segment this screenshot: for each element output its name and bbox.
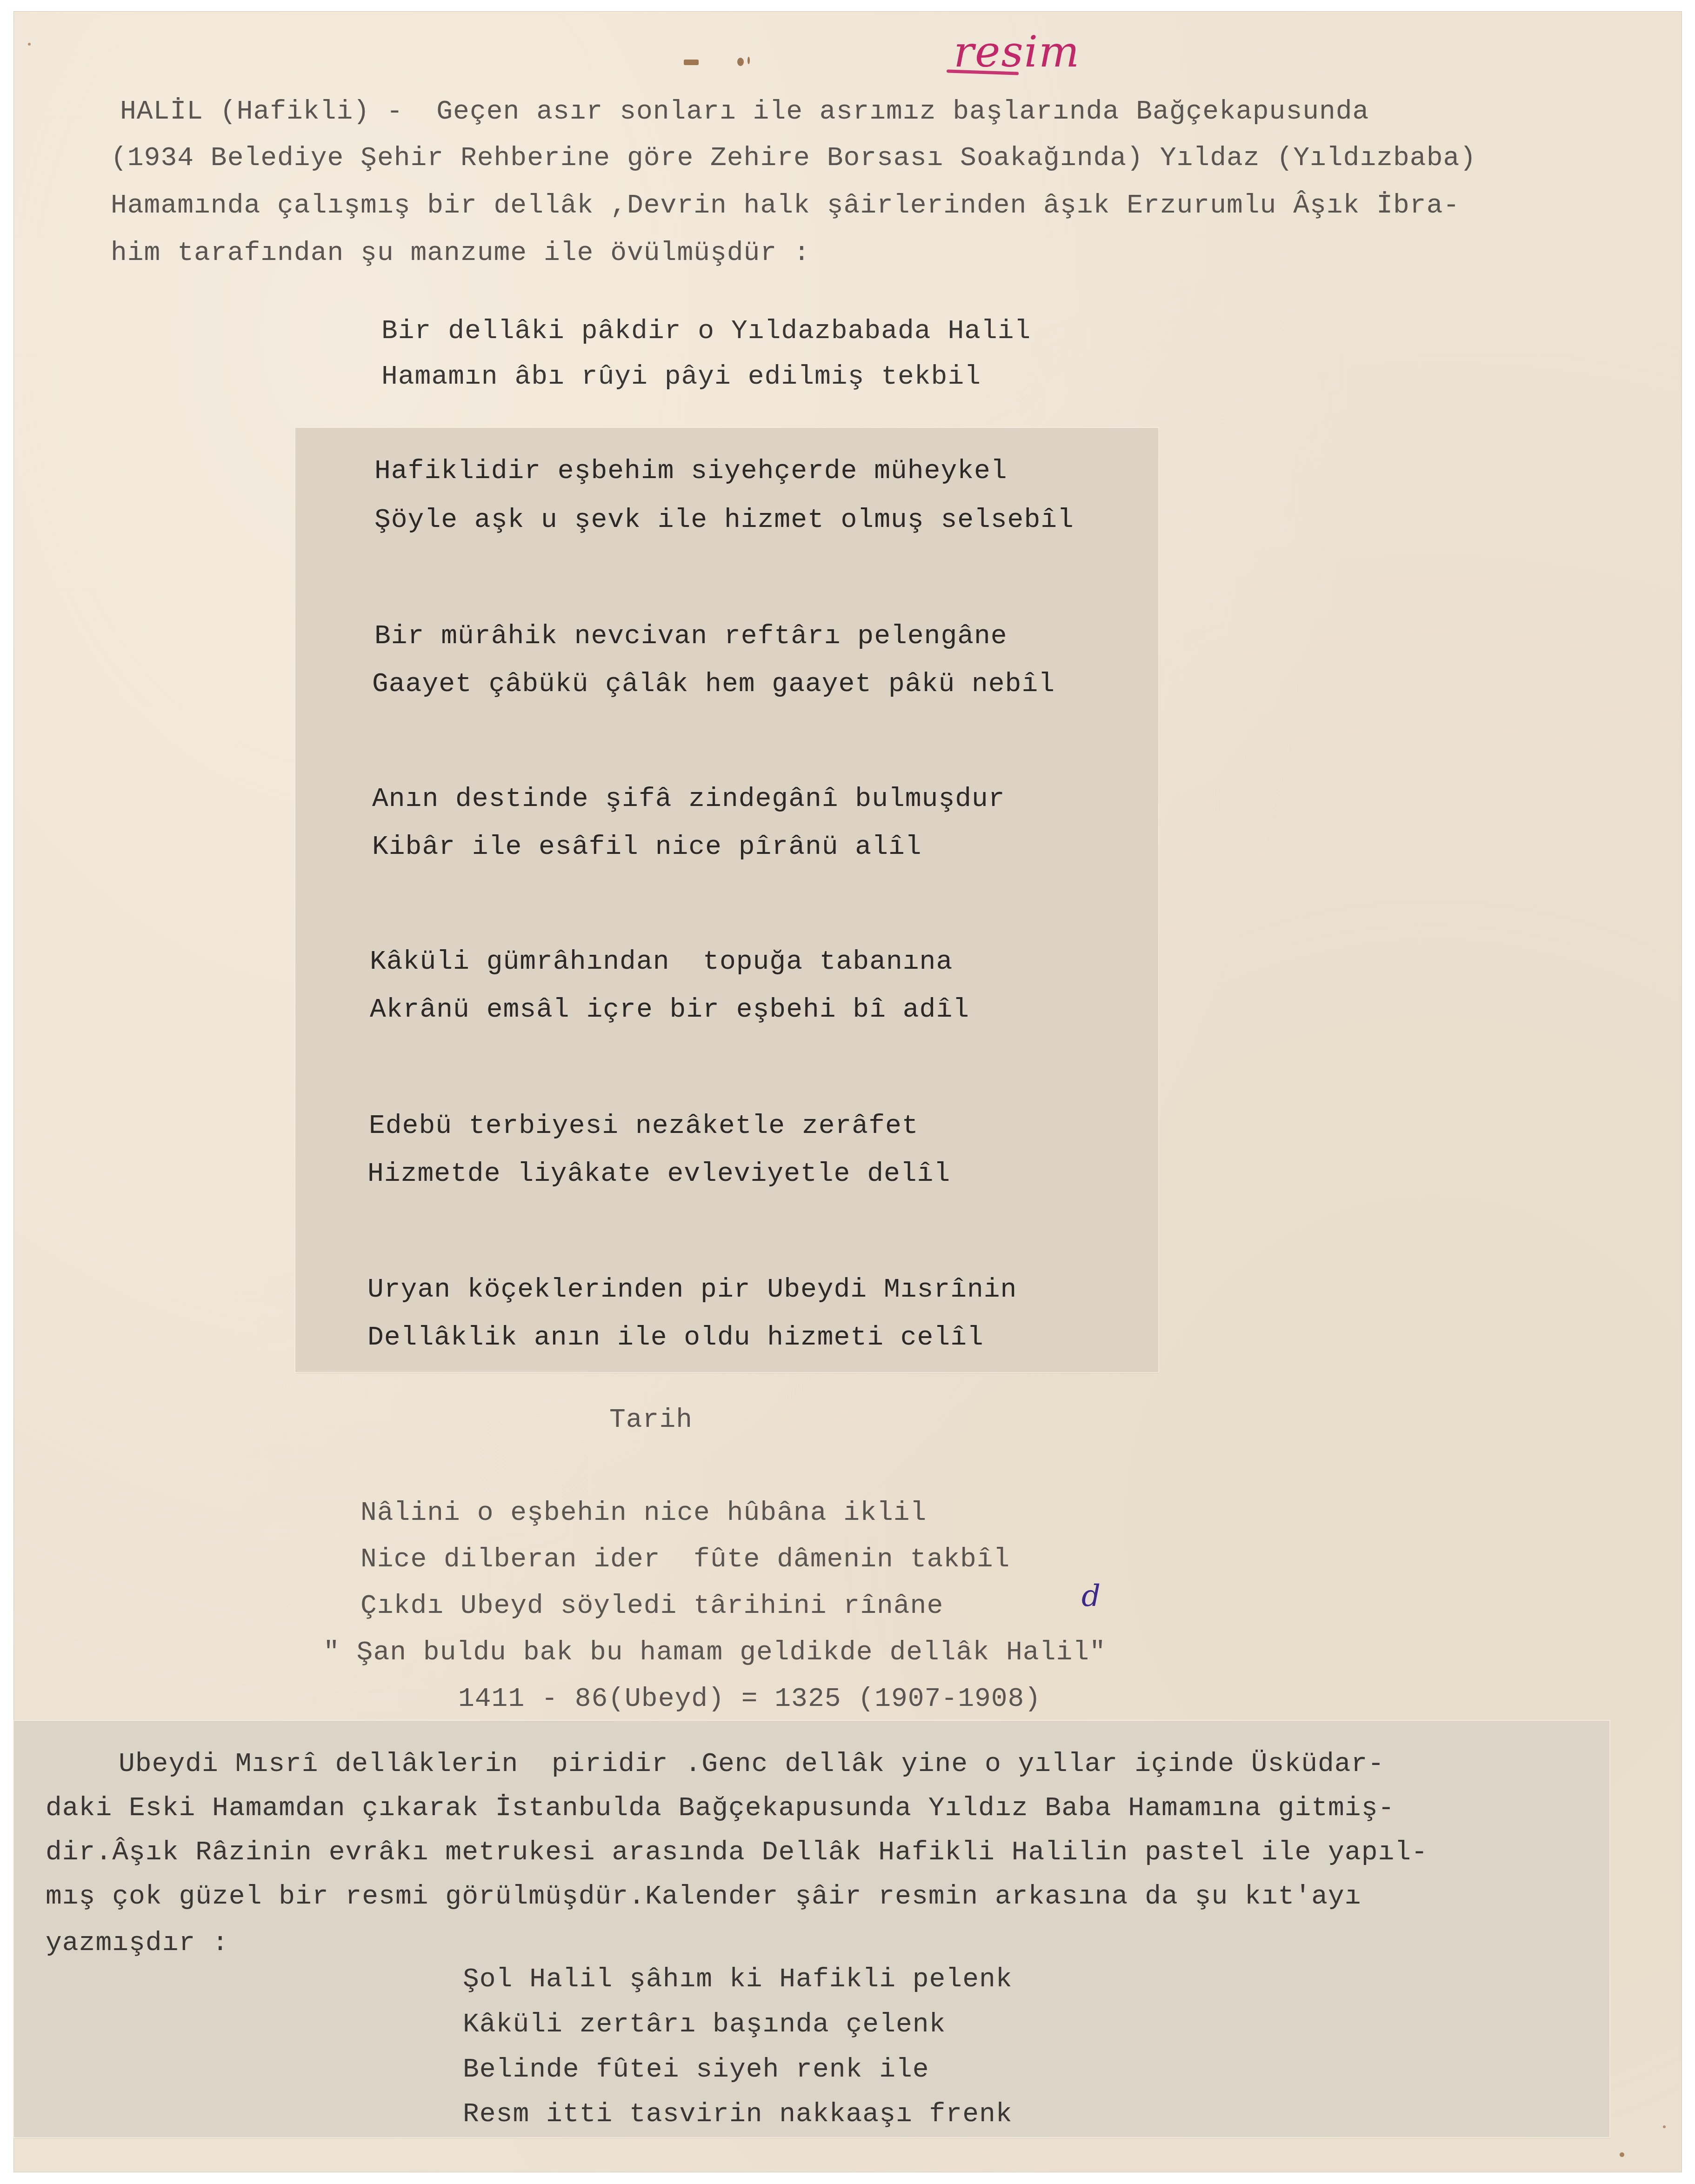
verse-line: Kâküli gümrâhından topuğa tabanına <box>370 949 953 976</box>
verse-line: Bir dellâki pâkdir o Yıldazbabada Halil <box>381 318 1031 345</box>
punch-mark <box>747 57 750 64</box>
punch-mark <box>737 58 744 66</box>
verse-line: Uryan köçeklerinden pir Ubeydi Mısrînin <box>367 1277 1017 1304</box>
quatrain-line: Kâküli zertârı başında çelenk <box>463 2011 946 2038</box>
verse-line: Edebü terbiyesi nezâketle zerâfet <box>369 1113 919 1140</box>
tarih-line: Nice dilberan ider fûte dâmenin takbîl <box>360 1546 1010 1573</box>
verse-line: Gaayet çâbükü çâlâk hem gaayet pâkü nebî… <box>372 671 1055 698</box>
verse-line: Şöyle aşk u şevk ile hizmet olmuş selseb… <box>374 507 1074 534</box>
verse-line: Kibâr ile esâfil nice pîrânü alîl <box>372 834 922 861</box>
verse-line: Hamamın âbı rûyi pâyi edilmiş tekbil <box>381 364 981 391</box>
quatrain-line: Belinde fûtei siyeh renk ile <box>463 2057 929 2084</box>
foxing-spot <box>1620 2152 1624 2157</box>
header-line: Hamamında çalışmış bir dellâk ,Devrin ha… <box>111 193 1460 220</box>
verse-line: Akrânü emsâl içre bir eşbehi bî adîl <box>370 997 969 1024</box>
tarih-line: " Şan buldu bak bu hamam geldikde dellâk… <box>323 1639 1106 1666</box>
header-line: HALİL (Hafikli) - Geçen asır sonları ile… <box>120 99 1369 126</box>
paragraph-line: daki Eski Hamamdan çıkarak İstanbulda Ba… <box>46 1795 1395 1822</box>
verse-line: Hizmetde liyâkate evleviyetle delîl <box>367 1161 950 1188</box>
header-line: (1934 Belediye Şehir Rehberine göre Zehi… <box>111 145 1476 172</box>
tarih-line: Nâlini o eşbehin nice hûbâna iklil <box>360 1500 927 1527</box>
quatrain-line: Şol Halil şâhım ki Hafikli pelenk <box>463 1966 1013 1993</box>
verse-line: Anın destinde şifâ zindegânî bulmuşdur <box>372 786 1005 813</box>
paragraph-line: Ubeydi Mısrî dellâklerin piridir .Genc d… <box>119 1751 1384 1778</box>
quatrain-line: Resm itti tasvirin nakkaaşı frenk <box>463 2101 1013 2128</box>
foxing-spot <box>1663 2125 1666 2128</box>
handwritten-note: resim <box>954 27 1080 77</box>
paragraph-line: dir.Âşık Râzinin evrâkı metrukesi arasın… <box>46 1839 1428 1866</box>
tarih-heading: Tarih <box>609 1407 693 1434</box>
verse-line: Hafiklidir eşbehim siyehçerde müheykel <box>374 458 1008 485</box>
header-line: him tarafından şu manzume ile övülmüşdür… <box>111 240 810 267</box>
tarih-calculation: 1411 - 86(Ubeyd) = 1325 (1907-1908) <box>458 1686 1041 1713</box>
pasted-verse-slip <box>295 428 1158 1372</box>
verse-line: Dellâklik anın ile oldu hizmeti celîl <box>367 1325 984 1352</box>
paragraph-line: mış çok güzel bir resmi görülmüşdür.Kale… <box>46 1884 1361 1911</box>
foxing-spot <box>28 43 31 46</box>
verse-line: Bir mürâhik nevcivan reftârı pelengâne <box>374 623 1008 650</box>
pen-correction-mark: d <box>1081 1579 1101 1613</box>
paragraph-line: yazmışdır : <box>46 1930 229 1957</box>
punch-mark <box>684 60 699 65</box>
tarih-line: Çıkdı Ubeyd söyledi târihini rînâne <box>360 1593 943 1620</box>
